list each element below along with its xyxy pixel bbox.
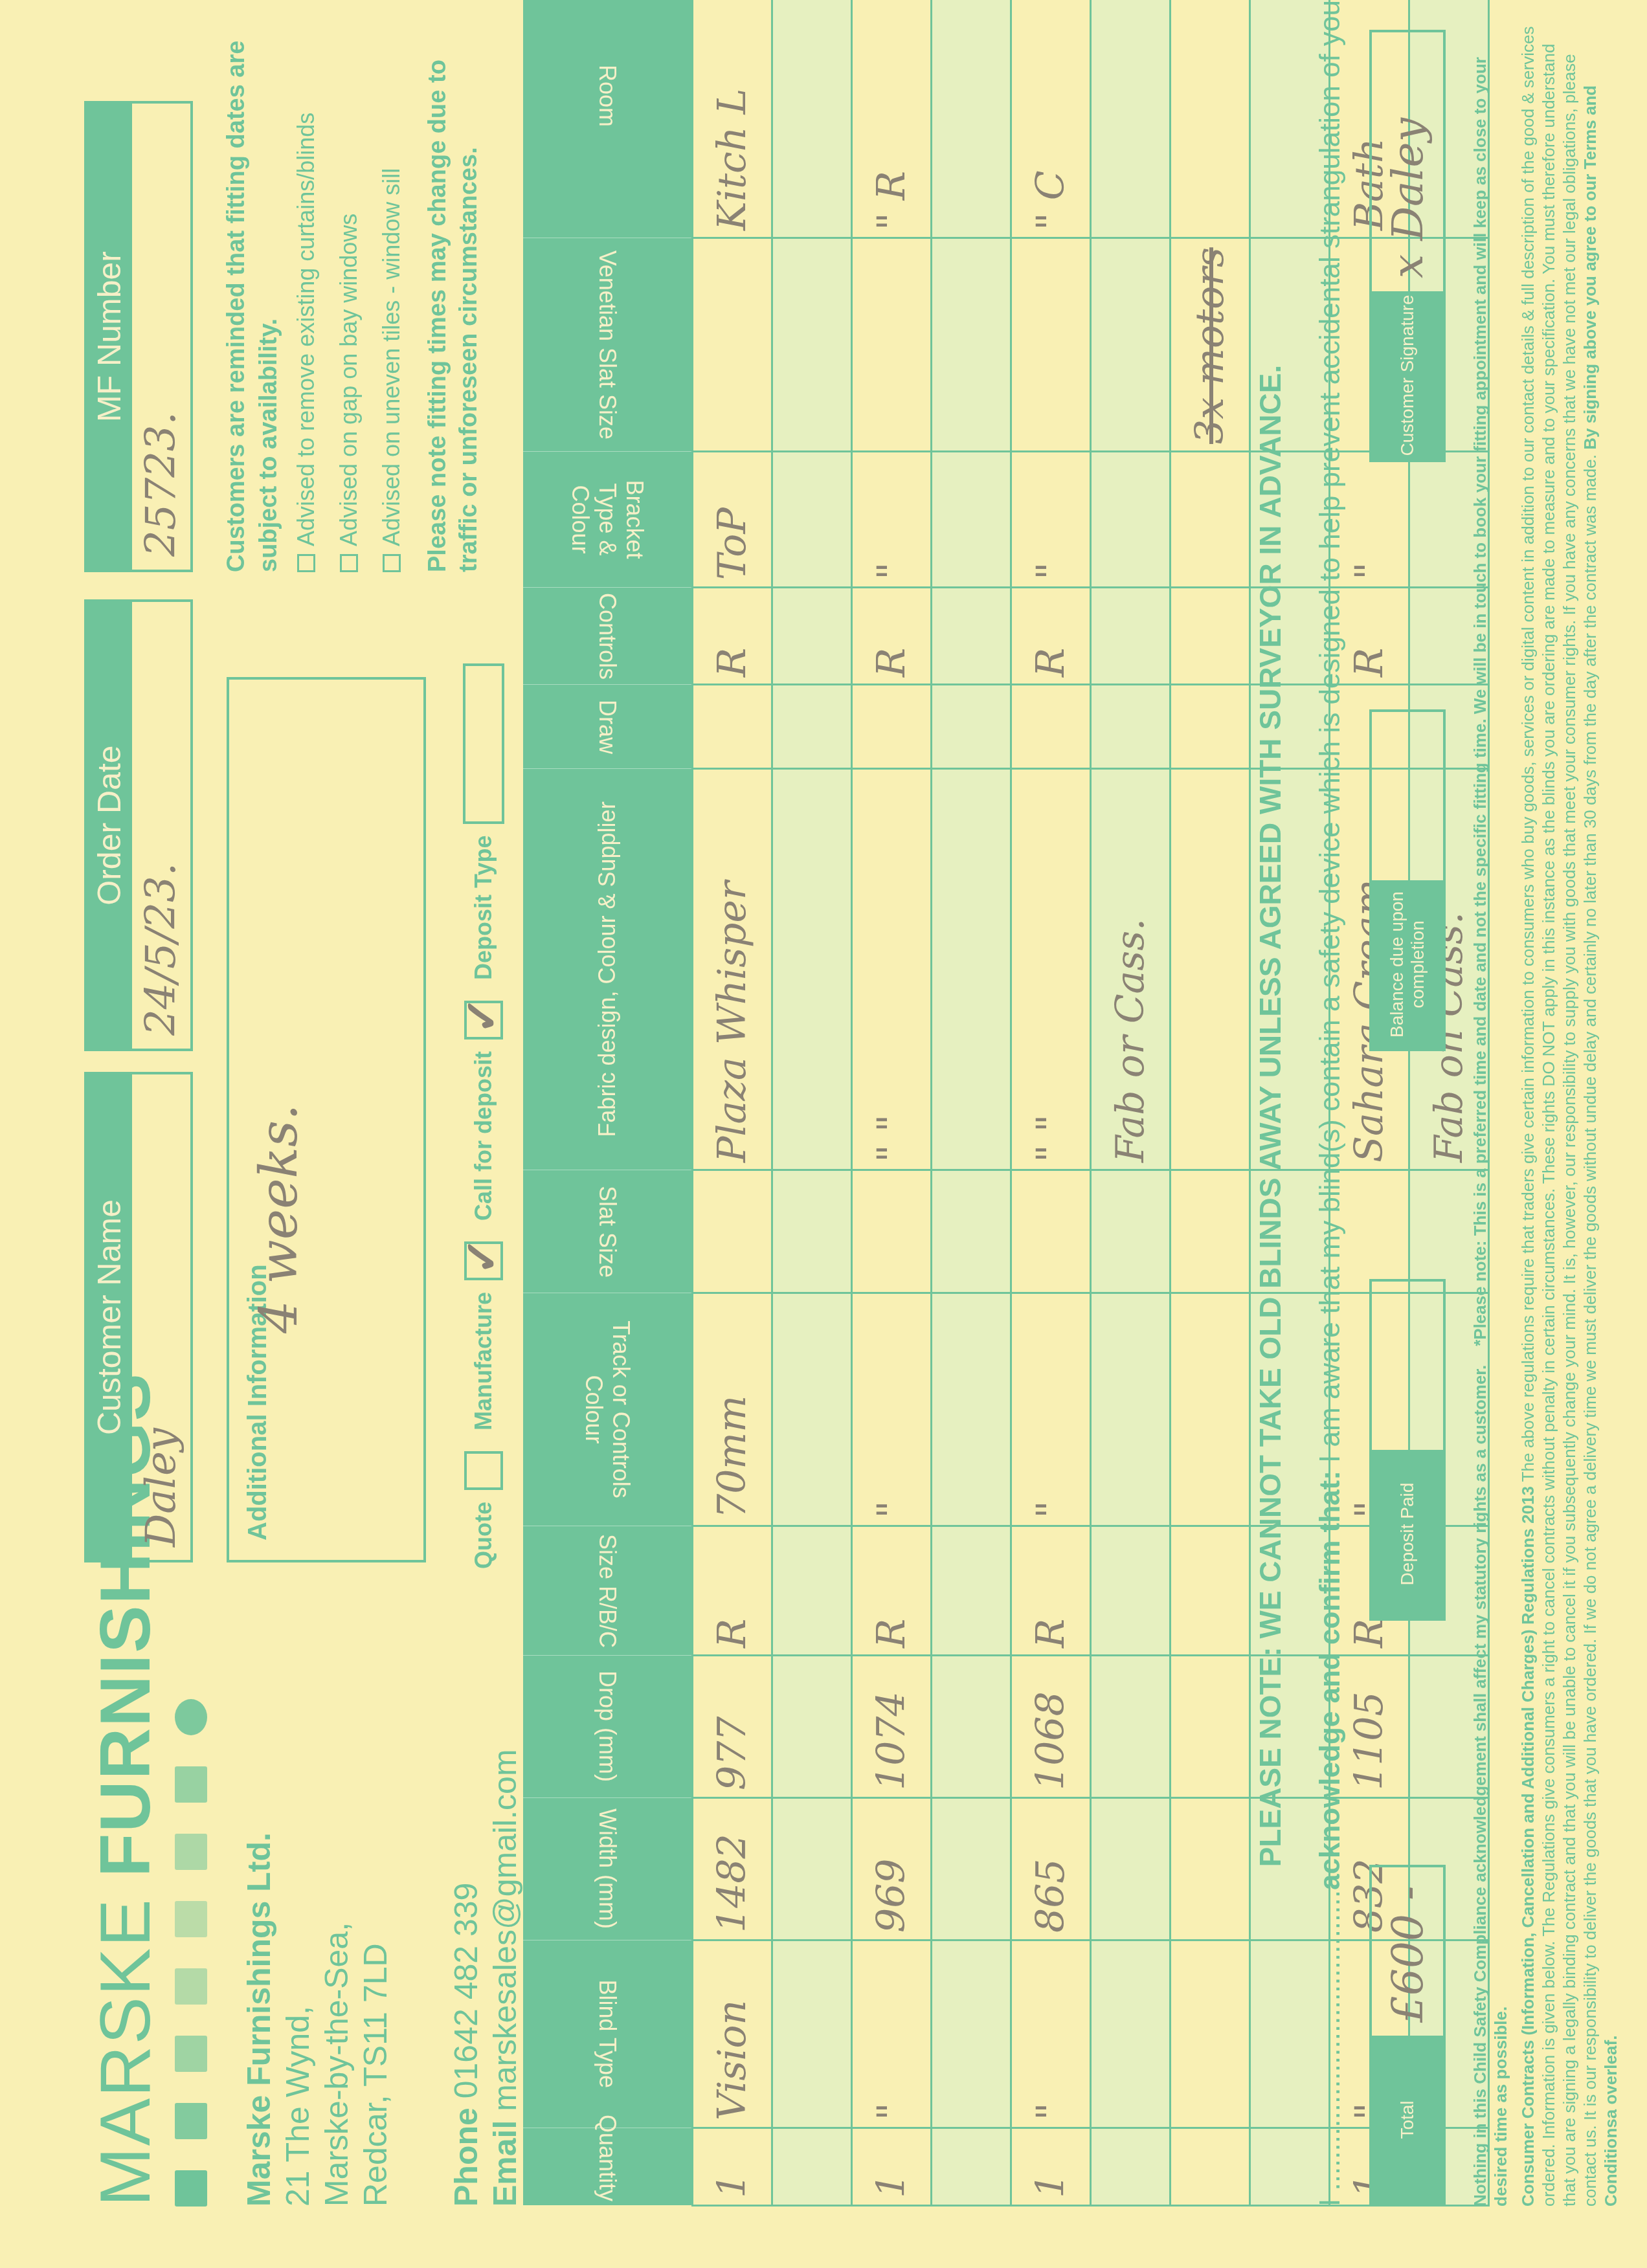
table-cell[interactable] bbox=[852, 685, 932, 769]
table-cell[interactable] bbox=[932, 2128, 1011, 2206]
table-cell[interactable]: R bbox=[693, 588, 772, 685]
col-venetian-slat-size: Venetian Slat Size bbox=[523, 238, 693, 452]
table-header-row: Quantity Blind Type Width (mm) Drop (mm)… bbox=[523, 0, 693, 2206]
table-cell[interactable]: 969 bbox=[852, 1798, 932, 1940]
table-cell[interactable] bbox=[932, 769, 1011, 1170]
table-cell[interactable] bbox=[1091, 588, 1171, 685]
col-blind-type: Blind Type bbox=[523, 1940, 693, 2128]
col-track-controls-colour: Track or Controls Colour bbox=[523, 1293, 693, 1526]
table-cell[interactable]: 1482 bbox=[693, 1798, 772, 1940]
table-cell[interactable] bbox=[1091, 1170, 1171, 1293]
table-cell[interactable] bbox=[852, 238, 932, 452]
mf-number-field[interactable]: MF Number 25723. bbox=[84, 101, 193, 572]
col-size-rbc: Size R/B/C bbox=[523, 1526, 693, 1656]
table-cell[interactable] bbox=[693, 1170, 772, 1293]
table-cell[interactable] bbox=[1171, 1170, 1250, 1293]
table-cell[interactable] bbox=[1091, 1940, 1171, 2128]
swatch-icon bbox=[175, 1968, 207, 2005]
quote-checkbox[interactable] bbox=[464, 1451, 503, 1490]
table-cell[interactable] bbox=[932, 1656, 1011, 1798]
table-cell[interactable]: Vision bbox=[693, 1940, 772, 2128]
table-cell[interactable] bbox=[772, 769, 852, 1170]
deposit-type-field[interactable] bbox=[463, 663, 504, 824]
additional-information-box[interactable]: Additional Information 4 weeks. bbox=[227, 677, 426, 1562]
table-cell[interactable]: Fab or Cass. bbox=[1091, 769, 1171, 1170]
table-cell[interactable] bbox=[1171, 685, 1250, 769]
fitting-reminder: Customers are reminded that fitting date… bbox=[220, 28, 484, 572]
total-value[interactable]: £600 - bbox=[1372, 1867, 1443, 2036]
old-blinds-notice: PLEASE NOTE: WE CANNOT TAKE OLD BLINDS A… bbox=[1253, 25, 1288, 2207]
table-cell[interactable]: Plaza Whisper bbox=[693, 769, 772, 1170]
checkbox-icon[interactable] bbox=[340, 554, 358, 572]
table-cell[interactable]: 865 bbox=[1011, 1798, 1091, 1940]
table-cell[interactable]: " bbox=[1011, 452, 1091, 588]
table-cell[interactable] bbox=[932, 588, 1011, 685]
table-cell[interactable] bbox=[772, 238, 852, 452]
email-link[interactable]: marskesales@gmail.com bbox=[487, 1749, 523, 2111]
table-row: Fab or Cass. bbox=[1091, 0, 1171, 2206]
table-cell[interactable]: " bbox=[852, 452, 932, 588]
table-cell[interactable]: " C bbox=[1011, 0, 1091, 238]
table-row: 1Vision1482977R70mmPlaza WhisperRToPKitc… bbox=[693, 0, 772, 2206]
table-cell[interactable] bbox=[1091, 1526, 1171, 1656]
table-cell[interactable] bbox=[932, 0, 1011, 238]
table-cell[interactable] bbox=[1171, 1526, 1250, 1656]
call-for-deposit-checkbox[interactable] bbox=[464, 1001, 503, 1039]
table-cell[interactable] bbox=[1091, 0, 1171, 238]
advice-option[interactable]: Advised on uneven tiles - window sill bbox=[370, 28, 413, 572]
table-cell[interactable] bbox=[932, 1170, 1011, 1293]
table-cell[interactable]: 1 bbox=[1011, 2128, 1091, 2206]
col-room: Room bbox=[523, 0, 693, 238]
table-cell[interactable]: " bbox=[852, 1940, 932, 2128]
table-cell[interactable]: R bbox=[852, 1526, 932, 1656]
checkbox-icon[interactable] bbox=[297, 554, 315, 572]
table-cell[interactable]: " bbox=[852, 1293, 932, 1526]
table-cell[interactable] bbox=[932, 238, 1011, 452]
table-cell[interactable]: 977 bbox=[693, 1656, 772, 1798]
table-cell[interactable]: ToP bbox=[693, 452, 772, 588]
table-cell[interactable]: 1074 bbox=[852, 1656, 932, 1798]
table-cell[interactable] bbox=[852, 1170, 932, 1293]
customer-name-field[interactable]: Customer Name Daley bbox=[84, 1072, 193, 1562]
table-cell[interactable] bbox=[1011, 1170, 1091, 1293]
table-cell[interactable]: 3x motors bbox=[1171, 238, 1250, 452]
table-cell[interactable] bbox=[1091, 2128, 1171, 2206]
col-width: Width (mm) bbox=[523, 1798, 693, 1940]
phone-number[interactable]: 01642 482 339 bbox=[448, 1883, 484, 2099]
table-cell[interactable] bbox=[1171, 0, 1250, 238]
table-cell[interactable] bbox=[1091, 238, 1171, 452]
table-cell[interactable] bbox=[932, 1940, 1011, 2128]
table-cell[interactable] bbox=[932, 1798, 1011, 1940]
table-cell[interactable] bbox=[772, 452, 852, 588]
table-cell[interactable] bbox=[1171, 452, 1250, 588]
customer-signature-field[interactable]: Customer Signature x Daley bbox=[1369, 30, 1446, 462]
table-cell[interactable] bbox=[772, 1170, 852, 1293]
table-cell[interactable] bbox=[772, 1940, 852, 2128]
table-row: 1"8651068R"" "R"" C"£141 (£165 corrected… bbox=[1011, 0, 1091, 2206]
table-cell[interactable] bbox=[1091, 1656, 1171, 1798]
checkbox-icon[interactable] bbox=[383, 554, 401, 572]
table-row: 1"9691074R"" "R"" R"£141 - bbox=[852, 0, 932, 2206]
table-cell[interactable] bbox=[1091, 1293, 1171, 1526]
table-cell[interactable]: R bbox=[1011, 588, 1091, 685]
swatch-icon bbox=[175, 2170, 207, 2207]
table-cell[interactable] bbox=[693, 685, 772, 769]
balance-due-value[interactable] bbox=[1372, 712, 1443, 880]
manufacture-checkbox[interactable] bbox=[464, 1241, 503, 1280]
customer-name-value[interactable]: Daley bbox=[132, 1074, 190, 1560]
mf-number-value[interactable]: 25723. bbox=[132, 104, 190, 570]
table-cell[interactable]: R bbox=[1011, 1526, 1091, 1656]
table-cell[interactable] bbox=[1011, 238, 1091, 452]
order-date-field[interactable]: Order Date 24/5/23. bbox=[84, 599, 193, 1051]
swatch-icon bbox=[175, 1766, 207, 1803]
table-cell[interactable] bbox=[772, 2128, 852, 2206]
table-cell[interactable] bbox=[1171, 1798, 1250, 1940]
table-cell[interactable]: " " bbox=[852, 769, 932, 1170]
order-type-checkboxes: Quote Manufacture Call for deposit Depos… bbox=[463, 663, 504, 1569]
table-row bbox=[932, 0, 1011, 2206]
table-cell[interactable] bbox=[772, 1798, 852, 1940]
table-cell[interactable]: " R bbox=[852, 0, 932, 238]
table-cell[interactable] bbox=[932, 1526, 1011, 1656]
advice-option[interactable]: Advised to remove existing curtains/blin… bbox=[285, 28, 328, 572]
swatch-icon bbox=[175, 2036, 207, 2072]
table-cell[interactable]: R bbox=[852, 588, 932, 685]
col-draw: Draw bbox=[523, 685, 693, 769]
table-cell[interactable] bbox=[1171, 1293, 1250, 1526]
table-cell[interactable]: 1 bbox=[852, 2128, 932, 2206]
deposit-paid-field[interactable]: Deposit Paid bbox=[1369, 1279, 1446, 1621]
table-row bbox=[772, 0, 852, 2206]
col-fabric-design: Fabric design, Colour & Supplier bbox=[523, 769, 693, 1170]
additional-information-value[interactable]: 4 weeks. bbox=[249, 1104, 309, 1333]
col-controls: Controls bbox=[523, 588, 693, 685]
total-field[interactable]: Total £600 - bbox=[1369, 1865, 1446, 2207]
balance-due-field[interactable]: Balance due upon completion bbox=[1369, 709, 1446, 1051]
fabric-swatch-icons bbox=[175, 1699, 207, 2207]
swatch-icon bbox=[175, 2103, 207, 2139]
table-cell[interactable] bbox=[1091, 1798, 1171, 1940]
col-bracket-type: Bracket Type & Colour bbox=[523, 452, 693, 588]
table-cell[interactable]: 70mm bbox=[693, 1293, 772, 1526]
table-cell[interactable]: " bbox=[1011, 1293, 1091, 1526]
swatch-icon bbox=[175, 1834, 207, 1870]
customer-signature-value[interactable]: x Daley bbox=[1372, 32, 1443, 291]
col-drop: Drop (mm) bbox=[523, 1656, 693, 1798]
table-cell[interactable] bbox=[1171, 588, 1250, 685]
table-row: 3x motors£270 - bbox=[1171, 0, 1250, 2206]
deposit-paid-value[interactable] bbox=[1372, 1282, 1443, 1450]
table-cell[interactable] bbox=[932, 1293, 1011, 1526]
table-cell[interactable]: " bbox=[1011, 1940, 1091, 2128]
table-cell[interactable] bbox=[1171, 2128, 1250, 2206]
terms-fine-print: Nothing in this Child Safety Compliance … bbox=[1470, 25, 1621, 2207]
table-cell[interactable]: 1 bbox=[693, 2128, 772, 2206]
order-form-sheet: MARSKE FURNISHINGS Marske Furnishings Lt… bbox=[0, 0, 1647, 2268]
table-cell[interactable]: Kitch L bbox=[693, 0, 772, 238]
table-cell[interactable] bbox=[693, 238, 772, 452]
table-cell[interactable]: " " bbox=[1011, 769, 1091, 1170]
swatch-icon bbox=[175, 1901, 207, 1937]
table-cell[interactable] bbox=[772, 1526, 852, 1656]
advice-option[interactable]: Advised on gap on bay windows bbox=[328, 28, 370, 572]
safety-acknowledgement: I ......................................… bbox=[1314, 0, 1347, 2207]
table-cell[interactable] bbox=[1171, 1940, 1250, 2128]
swirl-swatch-icon bbox=[175, 1699, 207, 1735]
table-cell[interactable] bbox=[772, 1656, 852, 1798]
table-cell[interactable] bbox=[932, 452, 1011, 588]
col-quantity: Quantity bbox=[523, 2128, 693, 2206]
table-cell[interactable] bbox=[772, 588, 852, 685]
company-address: Marske Furnishings Ltd. 21 The Wynd, Mar… bbox=[240, 1832, 395, 2207]
table-cell[interactable] bbox=[772, 0, 852, 238]
table-cell[interactable] bbox=[1171, 1656, 1250, 1798]
table-cell[interactable] bbox=[772, 685, 852, 769]
table-cell[interactable]: 1068 bbox=[1011, 1656, 1091, 1798]
table-cell[interactable] bbox=[1091, 685, 1171, 769]
table-cell[interactable] bbox=[1091, 452, 1171, 588]
table-cell[interactable] bbox=[1171, 769, 1250, 1170]
col-slat-size: Slat Size bbox=[523, 1170, 693, 1293]
table-cell[interactable]: R bbox=[693, 1526, 772, 1656]
table-cell[interactable] bbox=[932, 685, 1011, 769]
table-cell[interactable] bbox=[1011, 685, 1091, 769]
order-date-value[interactable]: 24/5/23. bbox=[132, 602, 190, 1049]
table-cell[interactable] bbox=[772, 1293, 852, 1526]
